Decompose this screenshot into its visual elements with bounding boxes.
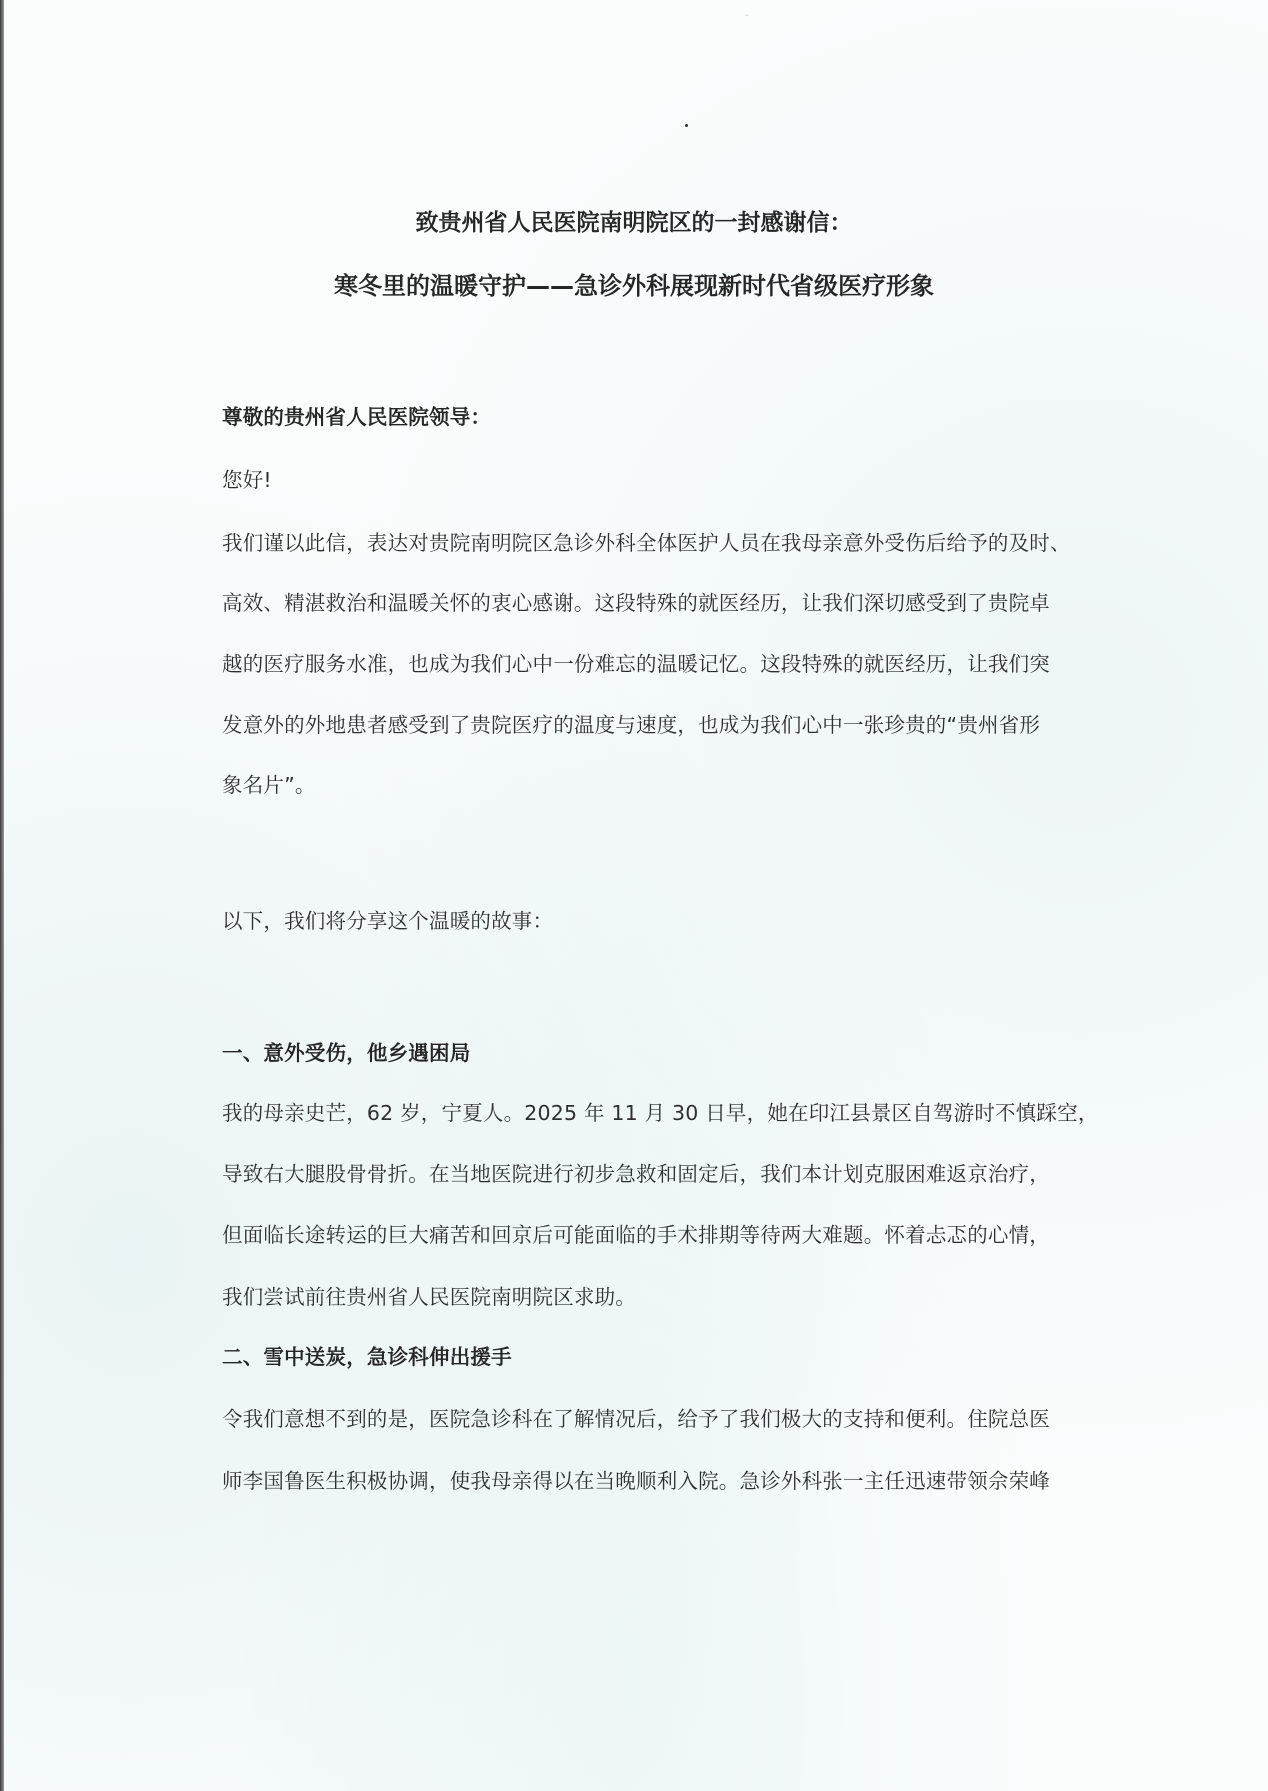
section-line: 我们尝试前往贵州省人民医院南明院区求助。 (222, 1280, 636, 1310)
intro-line: 象名片”。 (222, 768, 316, 798)
section-line: 师李国鲁医生积极协调，使我母亲得以在当晚顺利入院。急诊外科张一主任迅速带领佘荣峰 (222, 1464, 1050, 1494)
section-line: 我的母亲史芒，62 岁，宁夏人。2025 年 11 月 30 日早，她在印江县景… (222, 1096, 1099, 1126)
section-line: 但面临长途转运的巨大痛苦和回京后可能面临的手术排期等待两大难题。怀着忐忑的心情， (222, 1218, 1050, 1248)
salutation: 尊敬的贵州省人民医院领导： (222, 400, 491, 430)
intro-line: 越的医疗服务水准，也成为我们心中一份难忘的温暖记忆。这段特殊的就医经历，让我们突 (222, 647, 1050, 677)
letter-subtitle: 寒冬里的温暖守护——急诊外科展现新时代省级医疗形象 (0, 266, 1268, 301)
lead-in: 以下，我们将分享这个温暖的故事： (222, 904, 553, 934)
scan-mark: - (745, 10, 755, 18)
intro-line: 高效、精湛救治和温暖关怀的衷心感谢。这段特殊的就医经历，让我们深切感受到了贵院卓 (222, 586, 1050, 616)
intro-line: 发意外的外地患者感受到了贵院医疗的温度与速度，也成为我们心中一张珍贵的“贵州省形 (222, 708, 1040, 738)
section-heading: 二、雪中送炭，急诊科伸出援手 (222, 1340, 512, 1370)
ink-dot (685, 124, 688, 127)
greeting: 您好! (222, 463, 272, 493)
section-line: 令我们意想不到的是，医院急诊科在了解情况后，给予了我们极大的支持和便利。住院总医 (222, 1402, 1050, 1432)
section-line: 导致右大腿股骨骨折。在当地医院进行初步急救和固定后，我们本计划克服困难返京治疗， (222, 1157, 1050, 1187)
section-heading: 一、意外受伤，他乡遇困局 (222, 1036, 470, 1066)
letter-title: 致贵州省人民医院南明院区的一封感谢信： (0, 204, 1268, 237)
intro-line: 我们谨以此信，表达对贵院南明院区急诊外科全体医护人员在我母亲意外受伤后给予的及时… (222, 526, 1071, 556)
